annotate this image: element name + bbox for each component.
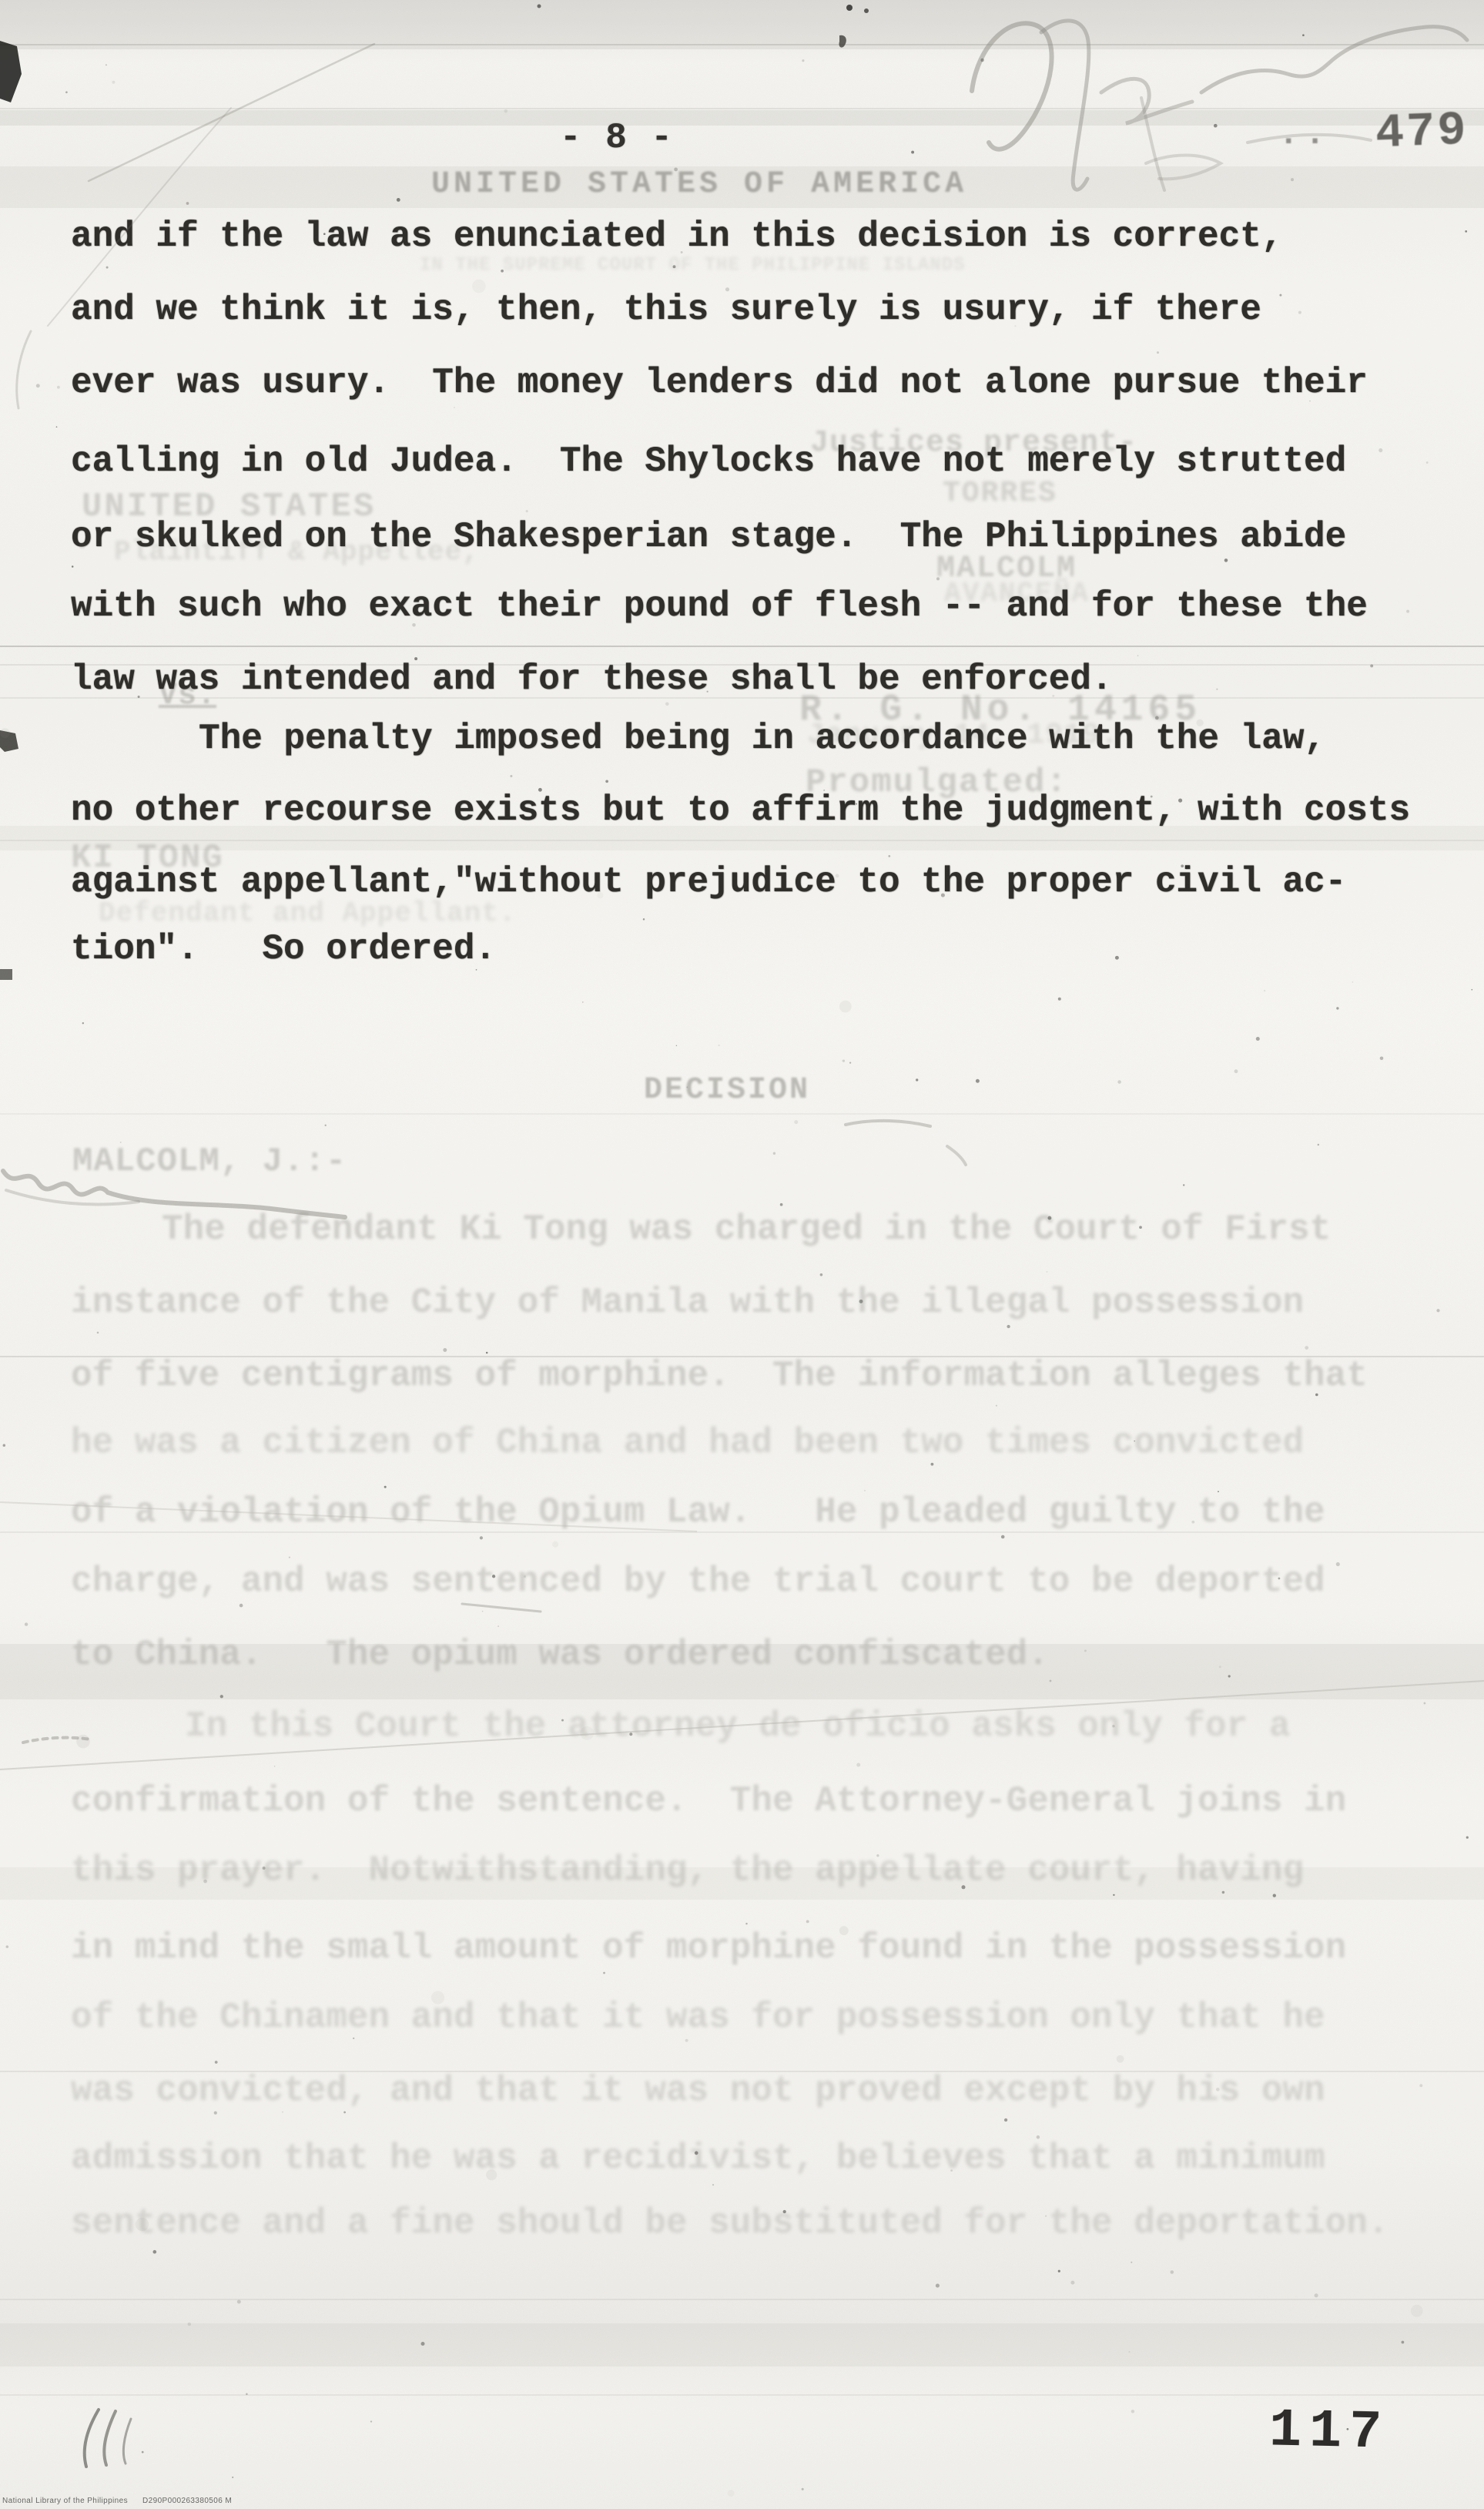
ghost-court-line: IN THE SUPREME COURT OF THE PHILIPPINE I… [420,257,966,275]
ghost-justice-name: TORRES [943,479,1057,508]
pencil-marks-bottom-left [85,2410,131,2467]
ghost-decision-line: of the Chinamen and that it was for poss… [71,2000,1325,2035]
typed-line: The penalty imposed being in accordance … [199,721,1325,756]
ghost-decision-line: of a violation of the Opium Law. He plea… [71,1494,1325,1530]
ghost-decision-line: confirmation of the sentence. The Attorn… [71,1783,1346,1819]
ghost-header: UNITED STATES OF AMERICA [431,169,967,200]
scan-footer-code: National Library of the Philippines D290… [2,2497,232,2505]
ghost-decision-line: to China. The opium was ordered confisca… [71,1637,1049,1672]
ghost-defendant-role: Defendant and Appellant. [99,900,516,927]
ghost-decision-line: sentence and a fine should be substitute… [71,2205,1389,2241]
folio-stamp-top: 479 [1375,103,1469,161]
ghost-decision-line: charge, and was sentenced by the trial c… [71,1564,1325,1599]
ghost-decision-line: The defendant Ki Tong was charged in the… [162,1212,1331,1247]
typed-line: calling in old Judea. The Shylocks have … [71,444,1346,479]
crease-line [0,44,1484,45]
scan-band [0,110,1484,126]
page-number: - 8 - [560,118,674,158]
typed-line: and if the law as enunciated in this dec… [71,219,1282,254]
typed-line: with such who exact their pound of flesh… [71,589,1368,624]
typed-line: and we think it is, then, this surely is… [71,292,1261,327]
crease-line [0,2299,1484,2300]
typed-line: ever was usury. The money lenders did no… [71,365,1368,401]
ghost-decision-line: In this Court the attorney de oficio ask… [185,1709,1290,1744]
crease-line [0,108,1484,109]
ghost-decision-line: was convicted, and that it was not prove… [71,2073,1325,2108]
ghost-decision-line: this prayer. Notwithstanding, the appell… [71,1853,1304,1888]
ghost-decision-line: of five centigrams of morphine. The info… [71,1358,1368,1394]
stamp-dots: .. [1278,116,1332,154]
dust-speckles [0,34,1472,2497]
ghost-decision-line: he was a citizen of China and had been t… [71,1425,1304,1461]
ghost-opinion-author: MALCOLM, J.:- [72,1145,347,1179]
typed-line: or skulked on the Shakesperian stage. Th… [71,519,1346,555]
scan-band [0,2323,1484,2366]
scan-band [0,0,1484,49]
typed-line: law was intended and for these shall be … [71,662,1113,697]
ghost-decision-line: in mind the small amount of morphine fou… [71,1930,1346,1966]
crease-line [0,2394,1484,2396]
ghost-decision-heading: DECISION [644,1075,810,1106]
crease-line [0,646,1484,647]
typed-line: tion". So ordered. [71,931,496,967]
ghost-decision-line: admission that he was a recidivist, beli… [71,2141,1325,2176]
folio-stamp-bottom: 117 [1268,2400,1390,2464]
typed-line: against appellant,"without prejudice to … [71,864,1346,900]
crease-line [0,1113,1484,1115]
ghost-decision-line: instance of the City of Manila with the … [71,1285,1304,1320]
typed-line: no other recourse exists but to affirm t… [71,793,1410,828]
scanned-document-page: - 8 - .. 479 UNITED STATES OF AMERICA IN… [0,0,1484,2509]
